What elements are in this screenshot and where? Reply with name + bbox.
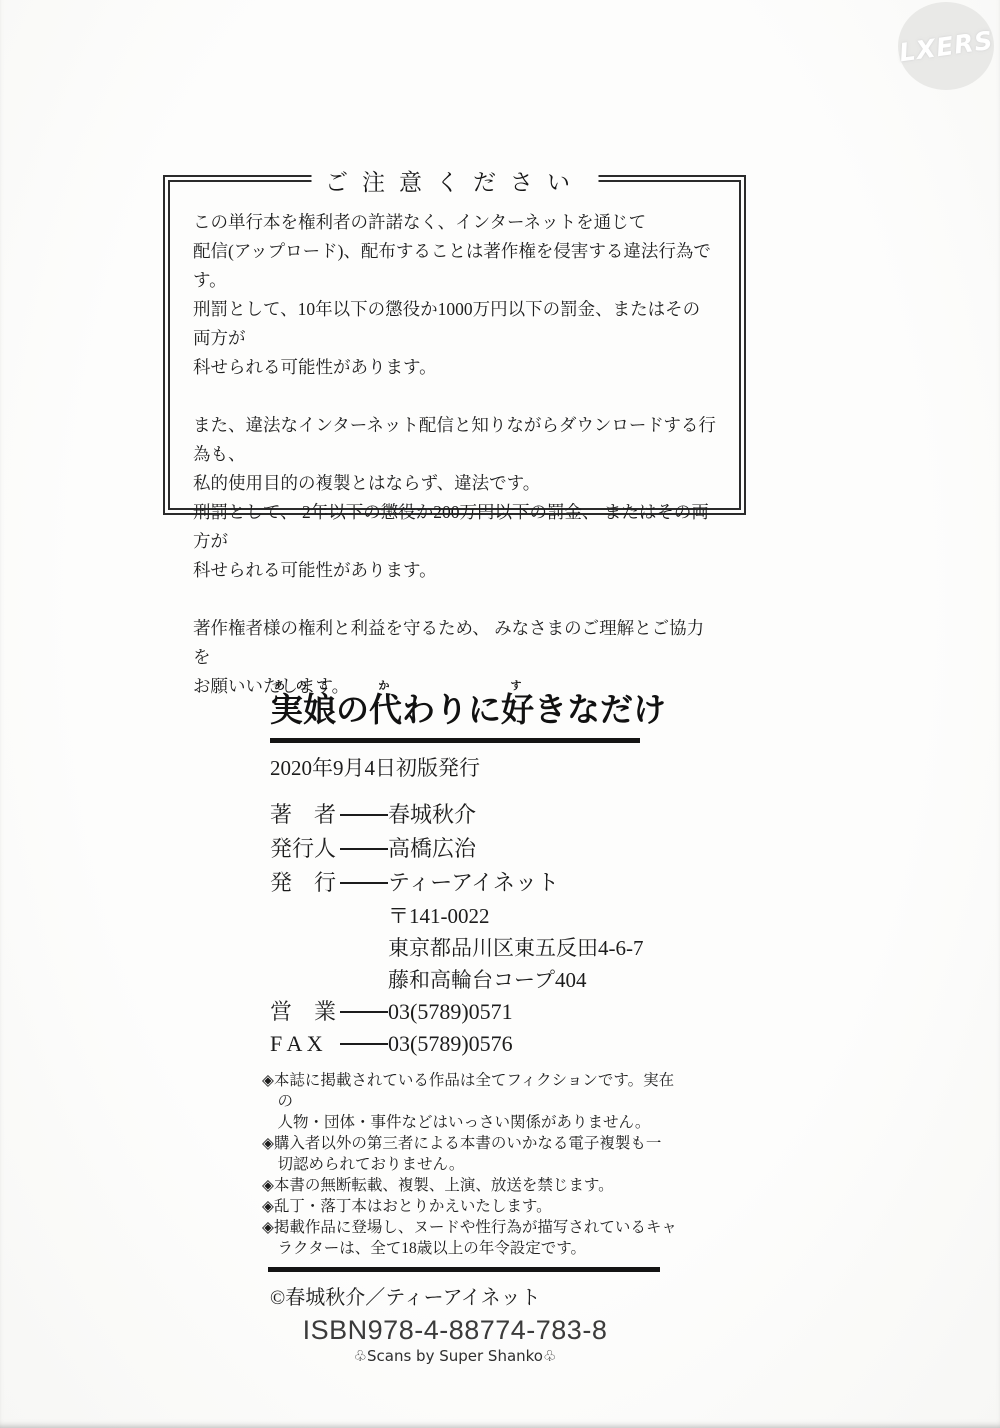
credit-dash <box>340 848 388 850</box>
credit-value: ティーアイネット <box>388 866 559 900</box>
note-item: ◈購入者以外の第三者による本書のいかなる電子複製も一 切認められておりません。 <box>262 1133 686 1175</box>
publisher-postal-code: 〒141-0022 <box>270 900 672 932</box>
credit-dash <box>340 1043 388 1045</box>
note-item: ◈本書の無断転載、複製、上演、放送を禁じます。 <box>262 1175 686 1196</box>
credit-value: 高橋広治 <box>388 832 476 866</box>
legal-notes-block: ◈本誌に掲載されている作品は全てフィクションです。実在の 人物・団体・事件などは… <box>262 1070 686 1259</box>
scanned-colophon-page: LXERS ご注意ください この単行本を権利者の許諾なく、インターネットを通じて… <box>0 0 1000 1428</box>
copyright-line: ©春城秋介／ティーアイネット <box>270 1281 672 1310</box>
contact-label: F A X <box>270 1028 340 1060</box>
copyright-warning-box: ご注意ください この単行本を権利者の許諾なく、インターネットを通じて 配信(アッ… <box>163 175 746 515</box>
contact-value: 03(5789)0571 <box>388 996 513 1028</box>
publisher-address-line: 藤和高輪台コープ404 <box>270 964 672 996</box>
contact-label: 営 業 <box>270 996 340 1028</box>
warning-box-title: ご注意ください <box>311 164 598 197</box>
warning-paragraph-upload: この単行本を権利者の許諾なく、インターネットを通じて 配信(アップロード)、配布… <box>193 208 717 382</box>
isbn-line: ISBN978-4-88774-783-8 <box>270 1315 640 1346</box>
credit-label: 著 者 <box>270 798 340 832</box>
book-title: 実娘あのこの代かわりに好すきなだけ <box>270 680 672 729</box>
credit-row-author: 著 者 春城秋介 <box>270 798 672 832</box>
bottom-divider-rule <box>268 1267 660 1272</box>
credit-value: 春城秋介 <box>388 798 476 832</box>
publisher-address-line: 東京都品川区東五反田4-6-7 <box>270 932 672 964</box>
title-divider-rule <box>270 738 640 743</box>
note-item: ◈本誌に掲載されている作品は全てフィクションです。実在の 人物・団体・事件などは… <box>262 1070 686 1133</box>
credit-row-publisher-person: 発行人 高橋広治 <box>270 832 672 866</box>
scanner-watermark: LXERS <box>898 2 994 90</box>
note-item: ◈乱丁・落丁本はおとりかえいたします。 <box>262 1196 686 1217</box>
credit-label: 発 行 <box>270 866 340 900</box>
note-item: ◈掲載作品に登場し、ヌードや性行為が描写されているキャ ラクターは、全て18歳以… <box>262 1217 686 1259</box>
credit-dash <box>340 882 388 884</box>
warning-paragraph-download: また、違法なインターネット配信と知りながらダウンロードする行為も、 私的使用目的… <box>193 411 717 585</box>
colophon: 実娘あのこの代かわりに好すきなだけ 2020年9月4日初版発行 著 者 春城秋介… <box>270 680 672 1365</box>
credits-block: 著 者 春城秋介 発行人 高橋広治 発 行 ティーアイネット 〒141-0022… <box>270 798 672 1060</box>
credit-dash <box>340 814 388 816</box>
credit-dash <box>340 1011 388 1013</box>
credit-row-publisher: 発 行 ティーアイネット <box>270 866 672 900</box>
contact-value: 03(5789)0576 <box>388 1028 513 1060</box>
scan-credit-line: ♧Scans by Super Shanko♧ <box>270 1347 640 1365</box>
contact-row-fax: F A X 03(5789)0576 <box>270 1028 672 1060</box>
watermark-text: LXERS <box>897 25 995 67</box>
edition-date: 2020年9月4日初版発行 <box>270 752 672 782</box>
contact-row-sales: 営 業 03(5789)0571 <box>270 996 672 1028</box>
credit-label: 発行人 <box>270 832 340 866</box>
